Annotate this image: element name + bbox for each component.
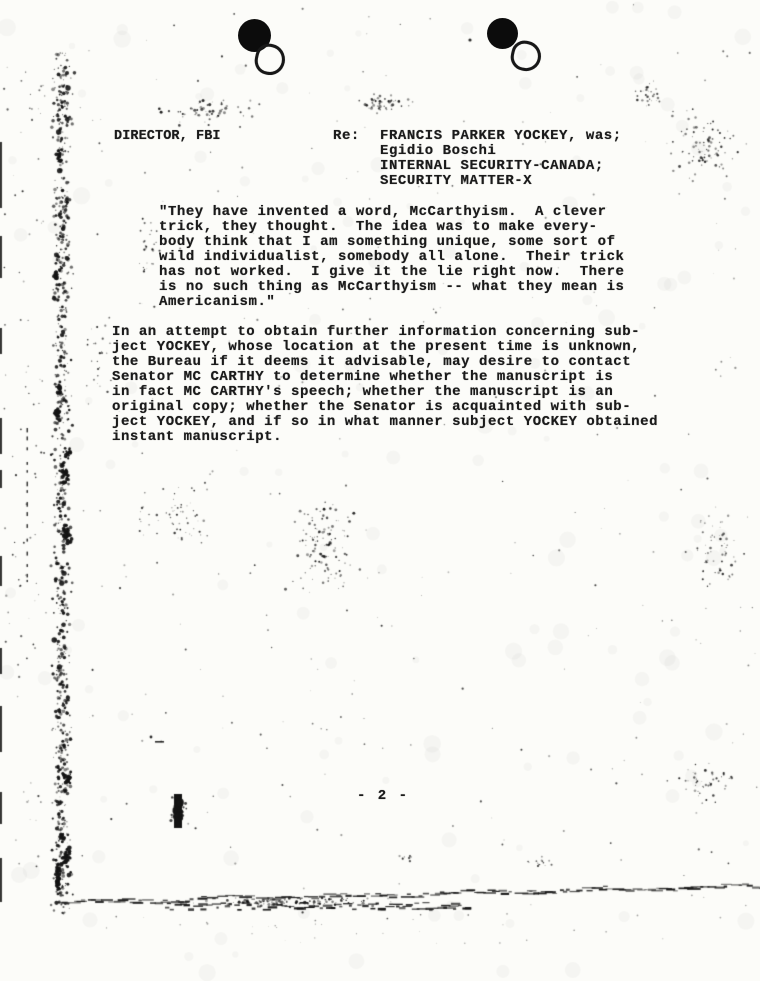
addressee: DIRECTOR, FBI	[114, 129, 221, 144]
body-paragraph: In an attempt to obtain further informat…	[112, 325, 658, 445]
re-subject-lines: FRANCIS PARKER YOCKEY, was; Egidio Bosch…	[380, 129, 622, 189]
re-label: Re:	[333, 129, 360, 144]
quoted-speech-paragraph: "They have invented a word, McCarthyism.…	[159, 205, 624, 310]
scanned-document-page: DIRECTOR, FBI Re: FRANCIS PARKER YOCKEY,…	[0, 0, 760, 981]
page-number: - 2 -	[357, 789, 409, 804]
